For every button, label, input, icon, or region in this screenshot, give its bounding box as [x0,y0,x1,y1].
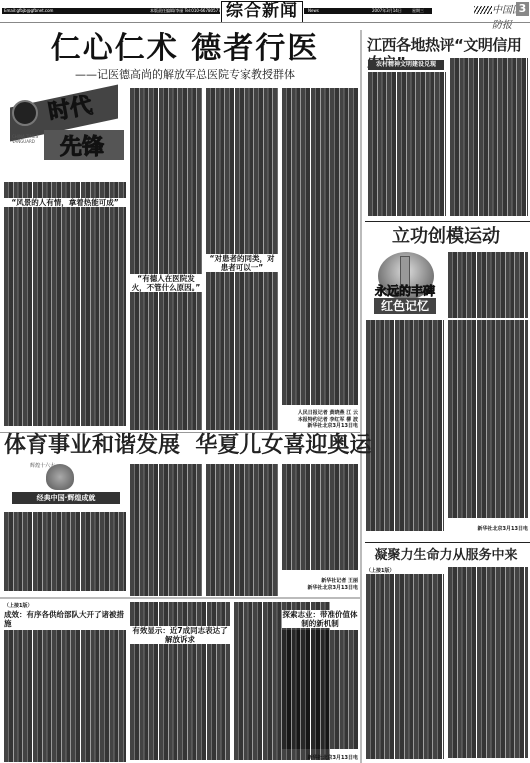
era-vanguard-badge: 时代 先锋 CHINA TIMES VANGUARD [4,90,124,178]
model-column-top [448,252,528,320]
section-english: News [308,8,319,14]
jiangxi-column-2 [450,58,528,216]
bottom-tag: （上接1版） [4,602,32,609]
bottom-dateline: 新华社北京3月13日电 [282,755,358,762]
masthead-editor-info: 本版责任编辑/李丽 Tel:010-66780577 [150,8,221,14]
bottom-column-4 [282,630,358,754]
sports-column-2 [130,464,202,596]
model-bottom-rule [365,542,530,543]
service-headline: 凝聚力生命力从服务中来 [362,548,530,564]
model-column-1 [366,320,444,534]
masthead-rule [0,22,530,23]
service-column-2 [448,567,528,763]
page-masthead: Email:gfbjb@gfbnet.com 本版责任编辑/李丽 Tel:010… [0,0,530,24]
red-memory-label: 红色记忆 [374,298,436,314]
masthead-date: 2007年3月14日 [372,8,402,14]
bottom-subhead-1: 成效：有序各供给部队大开了诸被措施 [4,610,126,628]
jiangxi-column-1 [368,72,446,216]
sports-byline-2: 新华社北京3月13日电 [282,585,358,592]
main-story-byline: 人民日报记者 黄晓燕 江 云 本报特约记者 李红军 柳 波 新华社北京3月13日… [282,410,358,430]
badge-caption: CHINA TIMES VANGUARD [12,134,58,144]
model-byline: 新华社北京3月13日电 [448,526,528,533]
sports-byline: 新华社记者 王丽 新华社北京3月13日电 [282,578,358,591]
main-story-column-1 [4,182,126,430]
monument-badge: 永远的丰碑 红色记忆 [364,252,444,316]
sports-badge: 辉煌十六大 经典中国·辉煌成就 [4,464,124,510]
sports-column-1 [4,512,126,596]
sports-headline-left: 体育事业和谐发展 [4,433,180,458]
main-headline: 仁心仁术 德者行医 [20,32,350,66]
masthead-weekday: 星期三 [412,8,424,14]
masthead-email: Email:gfbjb@gfbnet.com [4,8,53,14]
main-story-column-4 [282,88,358,408]
sports-badge-label: 经典中国·辉煌成就 [12,492,120,504]
service-tag: （上接1版） [366,567,394,574]
monument-badge-title: 永远的丰碑 [364,282,446,299]
sports-headline: 体育事业和谐发展 华夏儿女喜迎奥运 [4,432,360,460]
main-subhead-1: “风景的人有情，拿着热能可成” [4,198,126,207]
decorative-hatch-icon [474,6,492,14]
model-campaign-headline: 立功创模运动 [362,226,530,248]
party-emblem-icon [12,100,38,126]
right-column-divider [360,30,362,763]
service-column-1 [366,574,444,762]
sports-column-4 [282,464,358,574]
main-subhead-2: “有德人在医院发火，不管什么原因。” [130,274,202,292]
badge-word-2: 先锋 [60,130,104,161]
main-story-column-2 [130,88,202,430]
bottom-column-1 [4,630,126,763]
main-dateline: 新华社北京3月13日电 [282,423,358,430]
jiangxi-kicker: 农村精神文明建设兑现 [368,60,444,70]
section-title: 综合新闻 [221,1,303,23]
sports-bottom-rule [0,597,360,599]
jiangxi-bottom-rule [365,221,530,222]
model-column-2 [448,320,528,524]
sports-column-3 [206,464,278,596]
main-subhead-3: “对患者的同类，对患者可以一” [206,254,278,272]
page-number: 3 [516,2,529,16]
sports-headline-right: 华夏儿女喜迎奥运 [195,433,371,458]
bottom-subhead-2: 有效显示：近7成同志表达了解放诉求 [130,626,230,644]
bottom-subhead-3: 探索志业：带准价值体制的新机制 [282,610,358,628]
main-deck: ——记医德高尚的解放军总医院专家教授群体 [60,68,310,82]
party-emblem-icon [46,464,74,490]
